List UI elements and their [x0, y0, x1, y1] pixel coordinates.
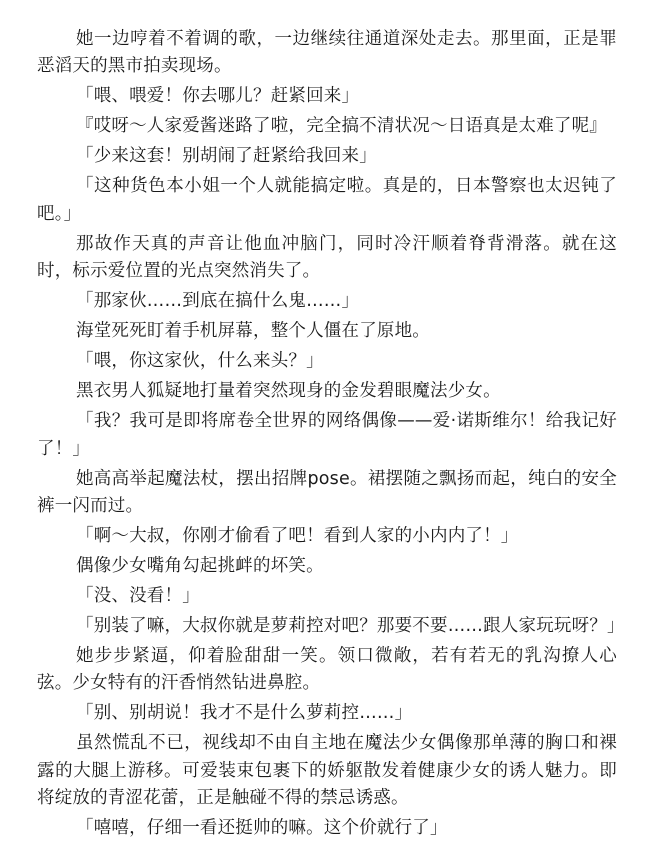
paragraph-dialogue: 「喂，你这家伙，什么来头？」 — [37, 348, 617, 375]
paragraph-dialogue: 「少来这套！别胡闹了赶紧给我回来」 — [37, 143, 617, 170]
paragraph-dialogue: 「这种货色本小姐一个人就能搞定啦。真是的，日本警察也太迟钝了吧。」 — [37, 173, 617, 228]
paragraph-dialogue: 「别装了嘛，大叔你就是萝莉控对吧？那要不要……跟人家玩玩呀？」 — [37, 613, 617, 640]
paragraph-dialogue: 『哎呀～人家爱酱迷路了啦，完全搞不清状况～日语真是太难了呢』 — [37, 113, 617, 140]
paragraph-narration: 黑衣男人狐疑地打量着突然现身的金发碧眼魔法少女。 — [37, 378, 617, 405]
paragraph-narration: 她一边哼着不着调的歌，一边继续往通道深处走去。那里面，正是罪恶滔天的黑市拍卖现场… — [37, 26, 617, 81]
paragraph-narration: 她步步紧逼，仰着脸甜甜一笑。领口微敞，若有若无的乳沟撩人心弦。少女特有的汗香悄然… — [37, 643, 617, 698]
paragraph-narration: 海堂死死盯着手机屏幕，整个人僵在了原地。 — [37, 318, 617, 345]
paragraph-narration: 偶像少女嘴角勾起挑衅的坏笑。 — [37, 553, 617, 580]
paragraph-dialogue: 「没、没看！」 — [37, 583, 617, 610]
paragraph-dialogue: 「别、别胡说！我才不是什么萝莉控……」 — [37, 700, 617, 727]
paragraph-narration: 虽然慌乱不已，视线却不由自主地在魔法少女偶像那单薄的胸口和裸露的大腿上游移。可爱… — [37, 730, 617, 812]
paragraph-narration: 那故作天真的声音让他血冲脑门，同时冷汗顺着脊背滑落。就在这时，标示爱位置的光点突… — [37, 231, 617, 286]
paragraph-dialogue: 「嘻嘻，仔细一看还挺帅的嘛。这个价就行了」 — [37, 815, 617, 842]
document-page: 她一边哼着不着调的歌，一边继续往通道深处走去。那里面，正是罪恶滔天的黑市拍卖现场… — [37, 26, 617, 845]
paragraph-dialogue: 「我？我可是即将席卷全世界的网络偶像——爱·诺斯维尔！给我记好了！」 — [37, 408, 617, 463]
paragraph-dialogue: 「那家伙……到底在搞什么鬼……」 — [37, 288, 617, 315]
paragraph-dialogue: 「啊～大叔，你刚才偷看了吧！看到人家的小内内了！」 — [37, 523, 617, 550]
paragraph-narration: 她高高举起魔法杖，摆出招牌pose。裙摆随之飘扬而起，纯白的安全裤一闪而过。 — [37, 466, 617, 521]
paragraph-dialogue: 「喂、喂爱！你去哪儿？赶紧回来」 — [37, 83, 617, 110]
